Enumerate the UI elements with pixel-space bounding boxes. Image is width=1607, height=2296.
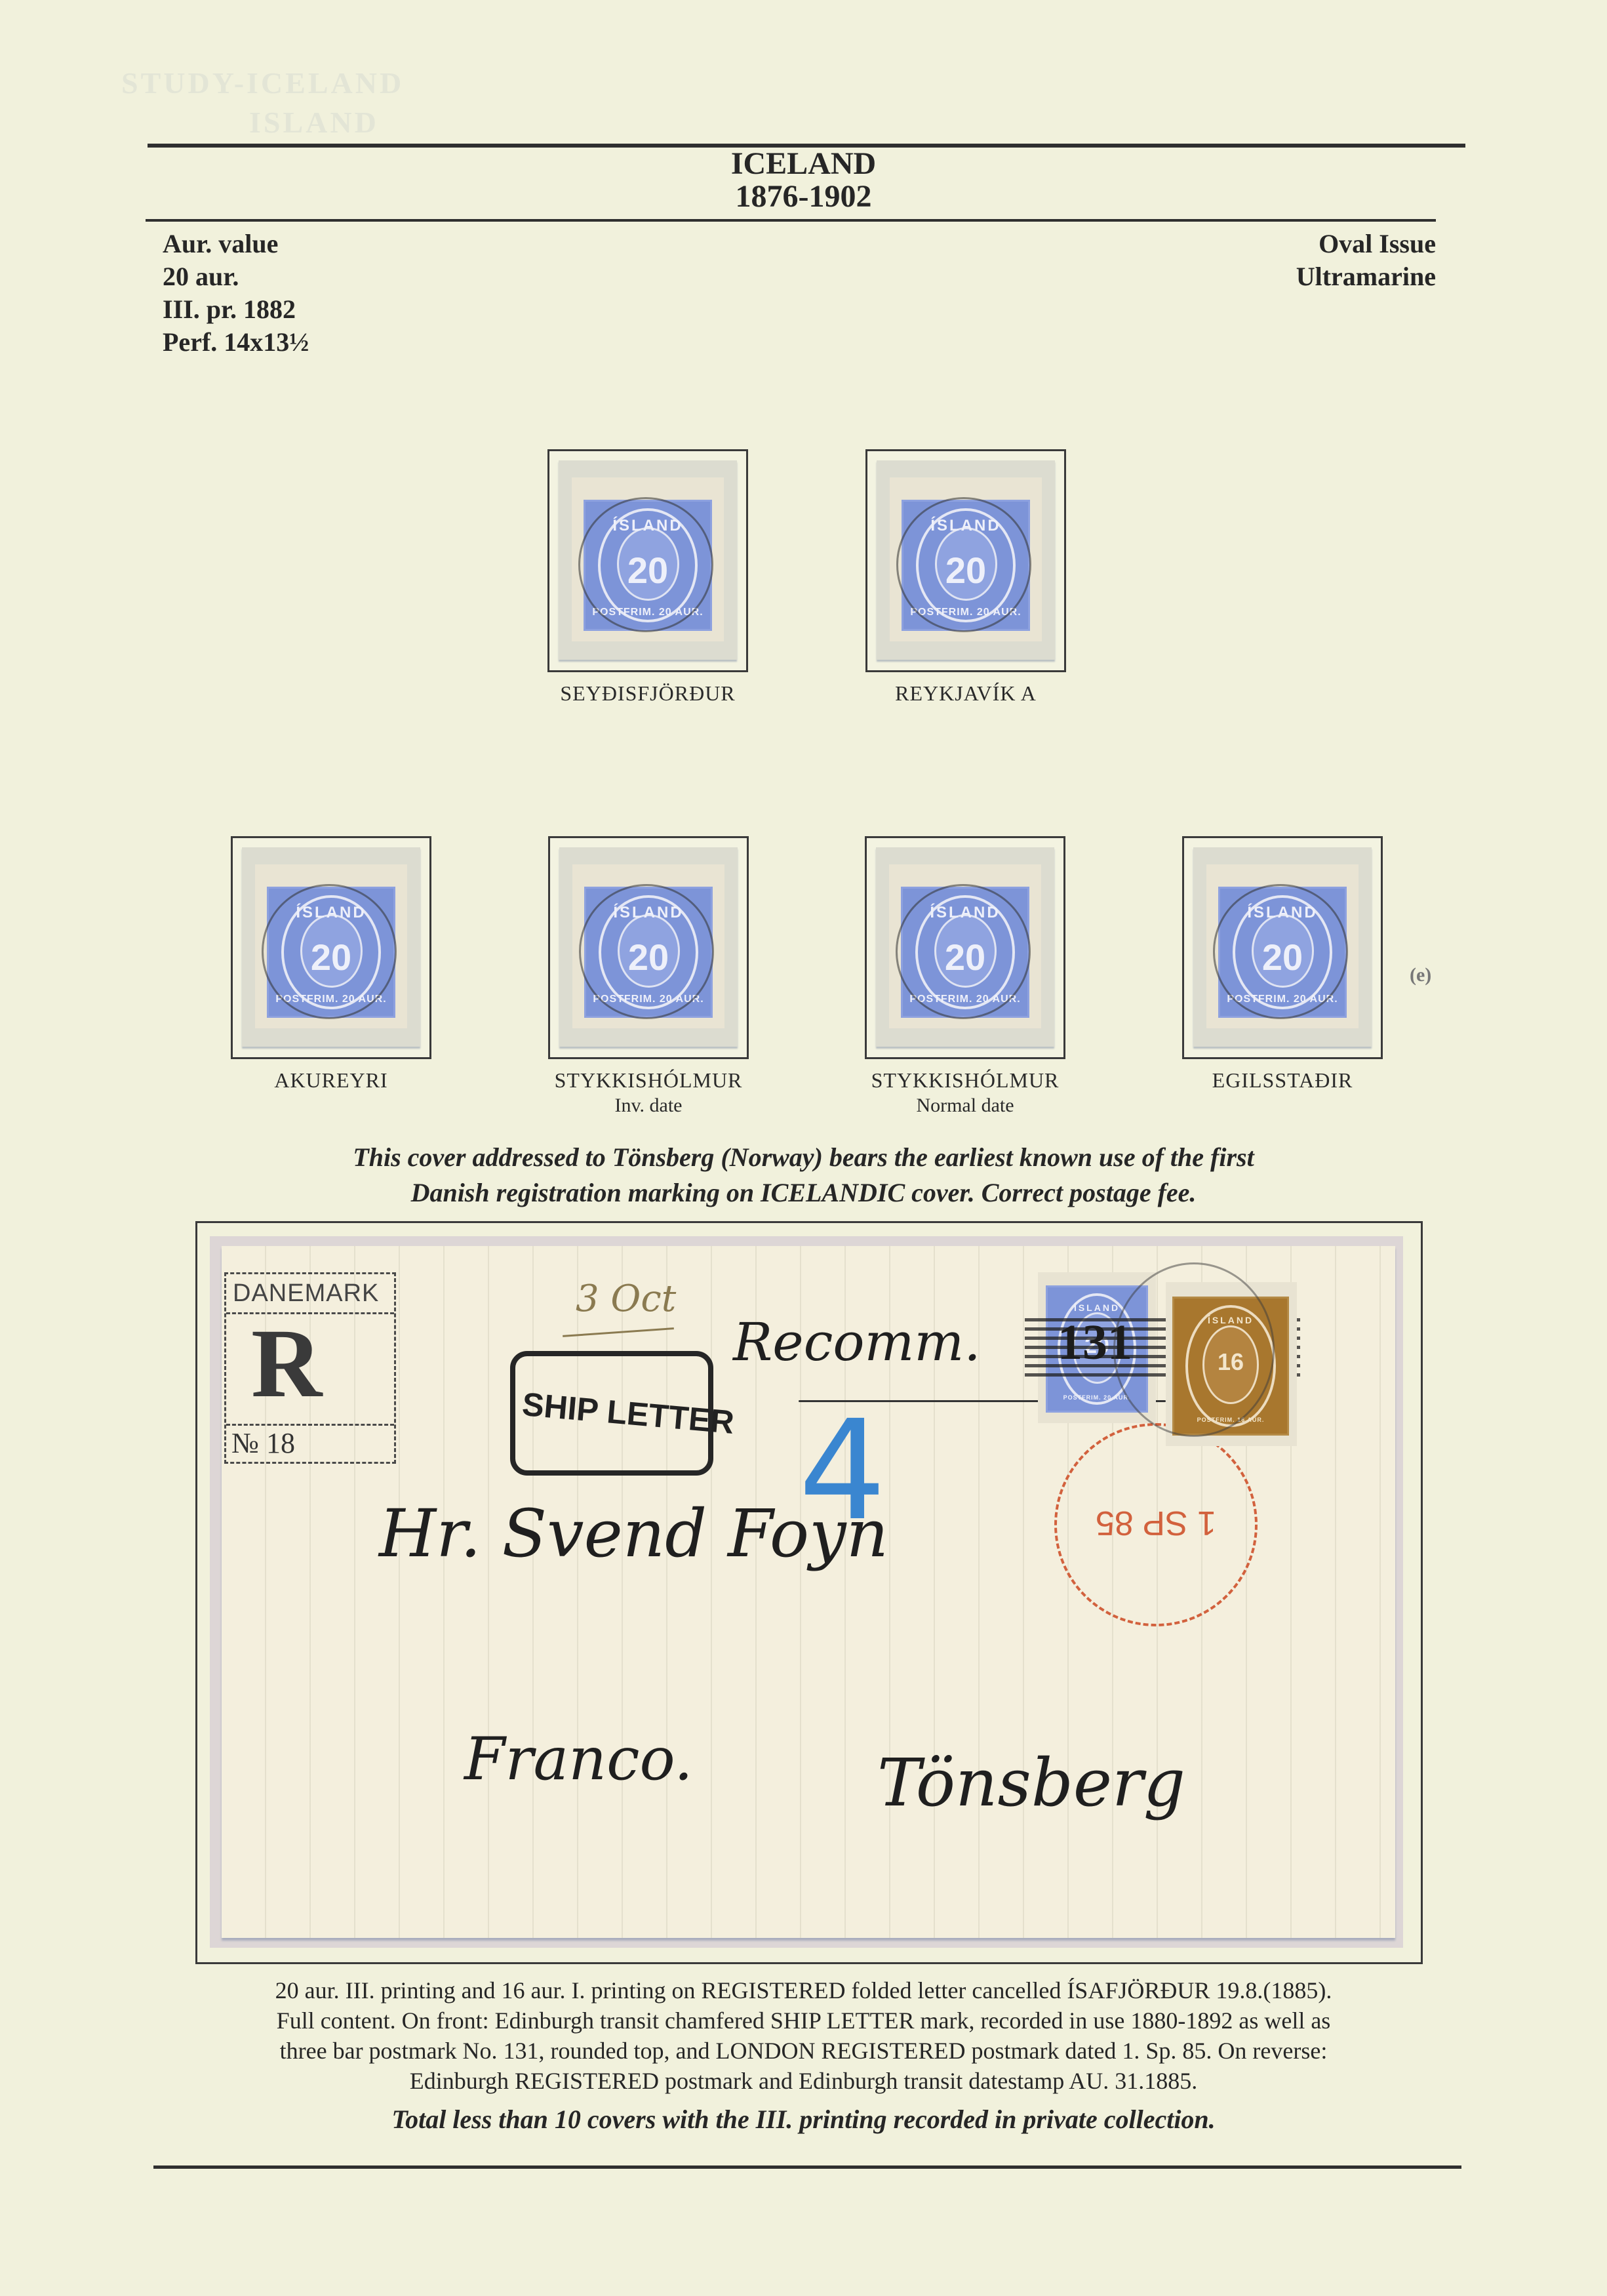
- cover-letter: DANEMARK R № 18 3 Oct SHIP LETTER Recomm…: [222, 1246, 1395, 1938]
- stamp-frame: ÍSLAND 20 POSTFRIM. 20 AUR.: [865, 449, 1066, 672]
- caption-line-1: 20 aur. III. printing and 16 aur. I. pri…: [0, 1975, 1607, 2005]
- caption-line-3: three bar postmark No. 131, rounded top,…: [0, 2036, 1607, 2066]
- stamp-frame: ÍSLAND 20 POSTFRIM. 20 AUR.: [231, 836, 431, 1059]
- cover-intro-line-2: Danish registration marking on ICELANDIC…: [0, 1175, 1607, 1211]
- page-period: 1876-1902: [0, 178, 1607, 215]
- stamp-location-label: STYKKISHÓLMUR: [825, 1067, 1105, 1093]
- stamp-location-label: EGILSSTAÐIR: [1143, 1067, 1422, 1093]
- caption-line-2: Full content. On front: Edinburgh transi…: [0, 2005, 1607, 2036]
- ghost-show-through-text: ISLAND: [249, 105, 379, 140]
- recommande-handwriting: Recomm.: [733, 1312, 981, 1373]
- circular-datestamp-cancel: [1213, 884, 1348, 1019]
- info-issue: Oval Issue: [1296, 228, 1436, 260]
- reg-letter: R: [251, 1311, 322, 1416]
- stamp-location-label: SEYÐISFJÖRÐUR: [508, 680, 787, 706]
- reg-number: № 18: [231, 1426, 295, 1460]
- info-right: Oval Issue Ultramarine: [1296, 228, 1436, 293]
- stamp-frame: ÍSLAND 20 POSTFRIM. 20 AUR.: [1182, 836, 1383, 1059]
- cover-intro-line-1: This cover addressed to Tönsberg (Norway…: [0, 1140, 1607, 1175]
- info-perforation: Perf. 14x13½: [163, 326, 309, 359]
- address-line-1: Hr. Svend Foyn: [379, 1495, 888, 1572]
- ghost-show-through-text: STUDY-ICELAND: [121, 66, 404, 100]
- address-line-3: Tönsberg: [877, 1744, 1185, 1821]
- header-rule: [146, 219, 1436, 222]
- circular-datestamp-cancel: [579, 884, 714, 1019]
- info-denomination-group: Aur. value: [163, 228, 309, 260]
- circular-datestamp-cancel: [896, 884, 1031, 1019]
- london-registered-postmark: 1 SP 85: [1054, 1423, 1258, 1626]
- stamp-location-label: STYKKISHÓLMUR: [509, 1067, 788, 1093]
- stamp-frame: ÍSLAND 20 POSTFRIM. 20 AUR.: [865, 836, 1065, 1059]
- caption-line-4: Edinburgh REGISTERED postmark and Edinbu…: [0, 2066, 1607, 2096]
- info-printing: III. pr. 1882: [163, 293, 309, 326]
- info-left: Aur. value 20 aur. III. pr. 1882 Perf. 1…: [163, 228, 309, 359]
- reg-divider: [226, 1424, 394, 1426]
- cover-stamp-16-aur: ÍSLAND 16 POSTFRIM. 16 AUR.: [1166, 1282, 1297, 1446]
- page-title: ICELAND: [0, 146, 1607, 182]
- reg-country: DANEMARK: [233, 1279, 379, 1308]
- isafjordur-cancel: [1113, 1262, 1275, 1437]
- expertizer-mark: (e): [1410, 964, 1431, 986]
- stamp-frame: ÍSLAND 20 POSTFRIM. 20 AUR.: [547, 449, 748, 672]
- pencil-note: 3 Oct: [576, 1278, 676, 1320]
- ship-letter-text: SHIP LETTER: [521, 1385, 736, 1441]
- circular-datestamp-cancel: [896, 497, 1031, 632]
- circular-datestamp-cancel: [262, 884, 397, 1019]
- closing-note: Total less than 10 covers with the III. …: [0, 2102, 1607, 2137]
- stamp-sublabel: Normal date: [825, 1093, 1105, 1118]
- ship-letter-handstamp: SHIP LETTER: [510, 1351, 713, 1476]
- info-color: Ultramarine: [1296, 260, 1436, 293]
- info-value: 20 aur.: [163, 260, 309, 293]
- postmark-date: 1 SP 85: [1057, 1503, 1255, 1542]
- stamp-frame: ÍSLAND 20 POSTFRIM. 20 AUR.: [548, 836, 749, 1059]
- stamp-sublabel: Inv. date: [509, 1093, 788, 1118]
- circular-datestamp-cancel: [578, 497, 713, 632]
- stamp-location-label: REYKJAVÍK A: [826, 680, 1105, 706]
- bottom-rule: [153, 2165, 1461, 2169]
- stamp-location-label: AKUREYRI: [191, 1067, 471, 1093]
- danemark-registration-label: DANEMARK R № 18: [224, 1272, 396, 1464]
- address-line-2: Franco.: [464, 1725, 693, 1794]
